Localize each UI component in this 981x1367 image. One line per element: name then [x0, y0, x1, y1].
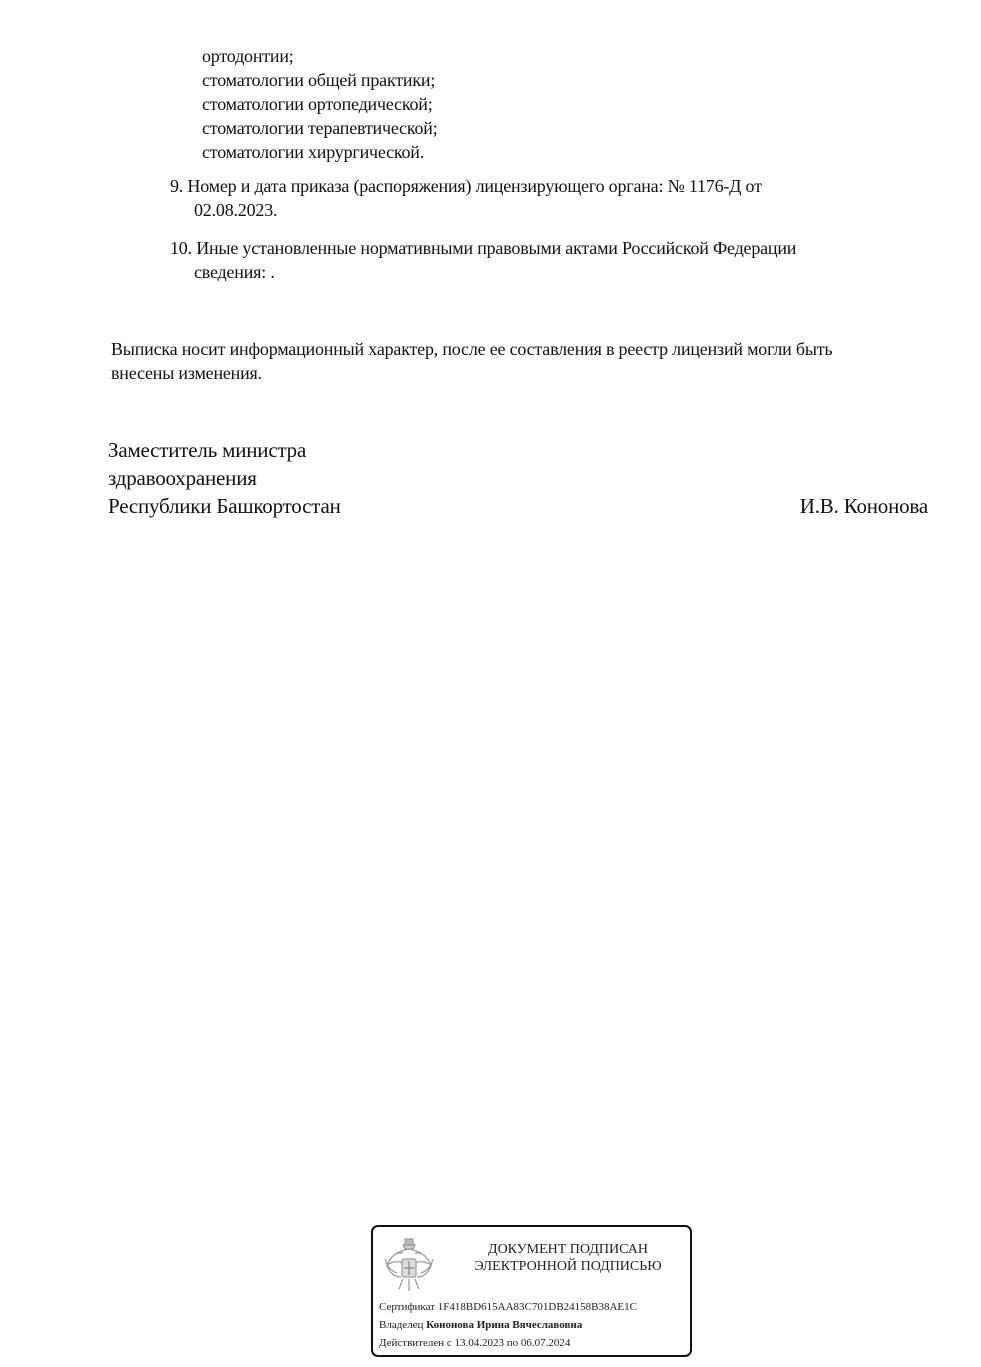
signer-position-line: Заместитель министра [108, 436, 306, 464]
certificate-line: Сертификат 1F418BD615AA83C701DB24158B38A… [379, 1300, 637, 1314]
electronic-signature-stamp: ДОКУМЕНТ ПОДПИСАН ЭЛЕКТРОННОЙ ПОДПИСЬЮ С… [371, 1225, 692, 1357]
specialty-item: стоматологии терапевтической; [202, 116, 438, 140]
specialty-item: стоматологии хирургической. [202, 140, 424, 164]
notice-line-2: внесены изменения. [111, 361, 262, 385]
owner-line: Владелец Кононова Ирина Вячеславовна [379, 1318, 582, 1332]
owner-label: Владелец [379, 1319, 423, 1331]
other-info-line: 10. Иные установленные нормативными прав… [170, 236, 796, 260]
order-number-line: 9. Номер и дата приказа (распоряжения) л… [170, 174, 762, 198]
certificate-value: 1F418BD615AA83C701DB24158B38AE1C [438, 1301, 637, 1313]
stamp-title-line-1: ДОКУМЕНТ ПОДПИСАН [453, 1241, 683, 1258]
validity-line: Действителен с 13.04.2023 по 06.07.2024 [379, 1336, 570, 1350]
stamp-title-line-2: ЭЛЕКТРОННОЙ ПОДПИСЬЮ [453, 1258, 683, 1275]
signer-name: И.В. Кононова [800, 492, 928, 520]
signer-position-line: Республики Башкортостан [108, 492, 341, 520]
other-info-value: сведения: . [194, 260, 275, 284]
notice-line-1: Выписка носит информационный характер, п… [111, 337, 832, 361]
specialty-item: стоматологии ортопедической; [202, 92, 433, 116]
order-date-line: 02.08.2023. [194, 198, 277, 222]
specialty-item: стоматологии общей практики; [202, 68, 435, 92]
specialty-item: ортодонтии; [202, 44, 294, 68]
coat-of-arms-icon [381, 1233, 437, 1297]
certificate-label: Сертификат [379, 1301, 435, 1313]
signer-position-line: здравоохранения [108, 464, 257, 492]
owner-value: Кононова Ирина Вячеславовна [426, 1319, 582, 1331]
